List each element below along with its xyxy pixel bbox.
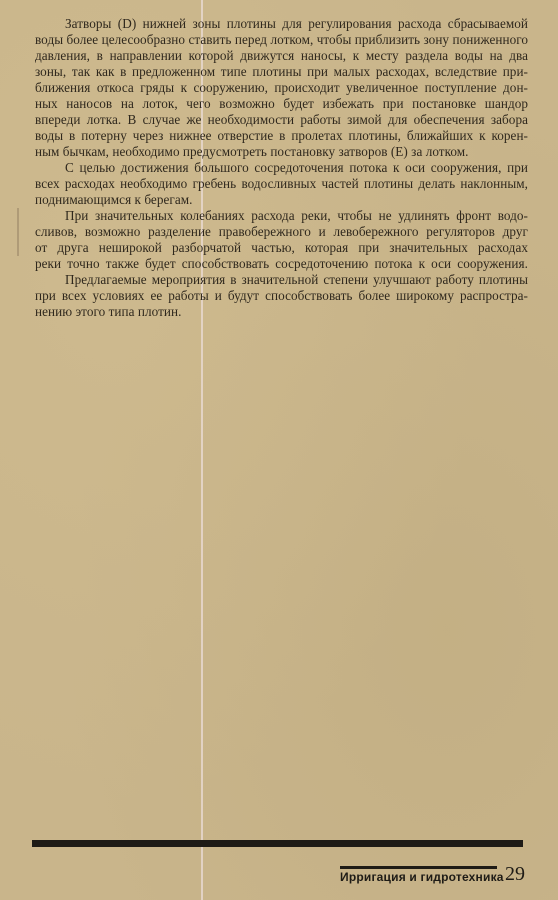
margin-pencil-mark <box>17 208 19 256</box>
text-line: нению этого типа плотин. <box>35 304 181 320</box>
text-line: впереди лотка. В случае же необходимости… <box>35 112 528 128</box>
text-line: ближения откоса гряды к сооружению, прои… <box>35 80 528 96</box>
text-line: С целью достижения большого сосредоточен… <box>65 160 528 176</box>
footer-thin-rule <box>340 866 497 869</box>
text-line: при всех условиях ее работы и будут спос… <box>35 288 528 304</box>
text-line: всех расходах необходимо гребень водосли… <box>35 176 528 192</box>
text-line: воды более целесообразно ставить перед л… <box>35 32 528 48</box>
text-line: давления, в направлении которой движутся… <box>35 48 528 64</box>
page-number: 29 <box>505 863 525 886</box>
text-line: воды в потерну через нижнее отверстие в … <box>35 128 528 144</box>
text-line: Затворы (D) нижней зоны плотины для регу… <box>65 16 528 32</box>
text-line: сливов, возможно разделение правобережно… <box>35 224 528 240</box>
text-line: Предлагаемые мероприятия в значительной … <box>65 272 528 288</box>
text-line: ных наносов на лоток, чего возможно буде… <box>35 96 528 112</box>
text-line: зоны, так как в предложенном типе плотин… <box>35 64 528 80</box>
footer-thick-rule <box>32 840 523 847</box>
text-line: ным бычкам, необходимо предусмотреть пос… <box>35 144 469 160</box>
text-line: поднимающимся к берегам. <box>35 192 192 208</box>
text-line: реки точно также будет способствовать со… <box>35 256 528 272</box>
journal-title: Ирригация и гидротехника <box>340 870 504 884</box>
text-line: от друга неширокой разборчатой частью, к… <box>35 240 528 256</box>
text-line: При значительных колебаниях расхода реки… <box>65 208 528 224</box>
